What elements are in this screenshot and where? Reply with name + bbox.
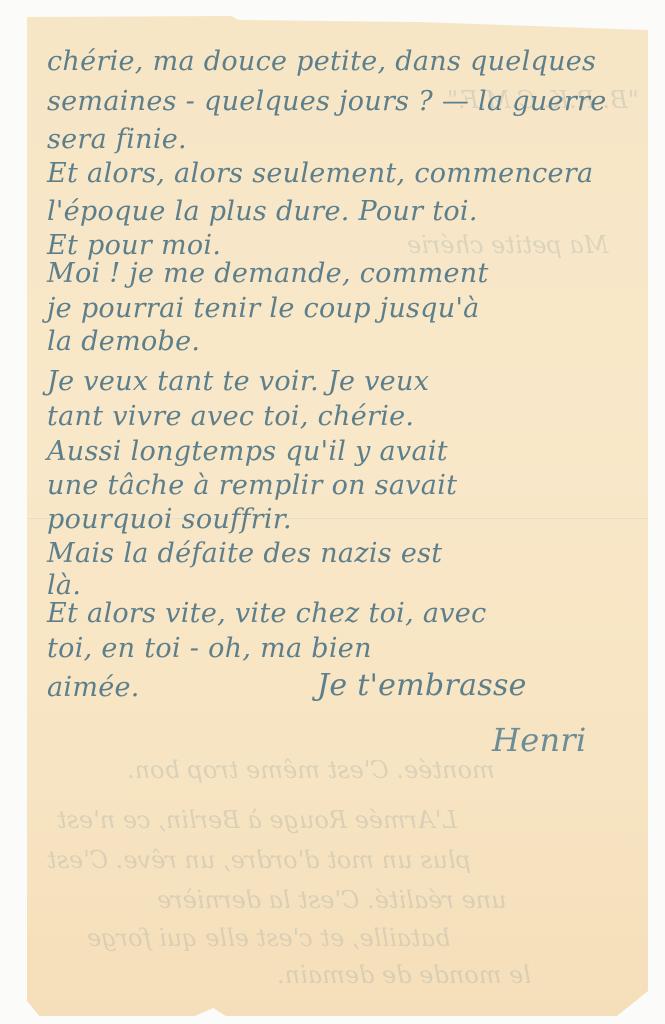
letter-line: Et alors vite, vite chez toi, avec bbox=[47, 598, 487, 629]
letter-line: l'époque la plus dure. Pour toi. bbox=[47, 196, 478, 227]
bleed-through-line: plus un mot d'ordre, un rêve. C'est bbox=[47, 846, 471, 874]
letter-line: sera finie. bbox=[47, 124, 187, 155]
letter-line: tant vivre avec toi, chérie. bbox=[47, 401, 414, 432]
letter-line: une tâche à remplir on savait bbox=[47, 470, 457, 501]
letter-line: Je veux tant te voir. Je veux bbox=[47, 366, 429, 397]
letter-line: Et pour moi. bbox=[47, 230, 221, 261]
letter-page: Ma petite chérie "B. R.K. C.M.F." montée… bbox=[27, 16, 648, 1016]
letter-closing: Je t'embrasse bbox=[317, 668, 527, 703]
letter-line: chérie, ma douce petite, dans quelques bbox=[47, 46, 596, 77]
letter-line: Mais la défaite des nazis est bbox=[47, 538, 442, 569]
letter-line: Aussi longtemps qu'il y avait bbox=[47, 436, 448, 467]
letter-line: aimée. bbox=[47, 672, 140, 703]
letter-line: Et alors, alors seulement, commencera bbox=[47, 158, 593, 189]
letter-line: Moi ! je me demande, comment bbox=[47, 258, 489, 289]
letter-signature: Henri bbox=[492, 721, 586, 759]
bleed-through-line: L'Armée Rouge à Berlin, ce n'est bbox=[57, 806, 457, 834]
bleed-through-line: le monde de demain. bbox=[277, 961, 531, 989]
letter-line: pourquoi souffrir. bbox=[47, 504, 292, 535]
letter-line: semaines - quelques jours ? — la guerre bbox=[47, 86, 607, 117]
bleed-through-line: Ma petite chérie bbox=[407, 231, 608, 259]
letter-line: toi, en toi - oh, ma bien bbox=[47, 633, 372, 664]
bleed-through-line: une réalité. C'est la dernière bbox=[157, 886, 507, 914]
bleed-through-line: bataille, et c'est elle qui forge bbox=[87, 924, 450, 952]
letter-line: là. bbox=[47, 570, 81, 601]
bleed-through-line: montée. C'est même trop bon. bbox=[127, 756, 495, 784]
letter-line: la demobe. bbox=[47, 326, 200, 357]
letter-line: je pourrai tenir le coup jusqu'à bbox=[47, 293, 480, 324]
